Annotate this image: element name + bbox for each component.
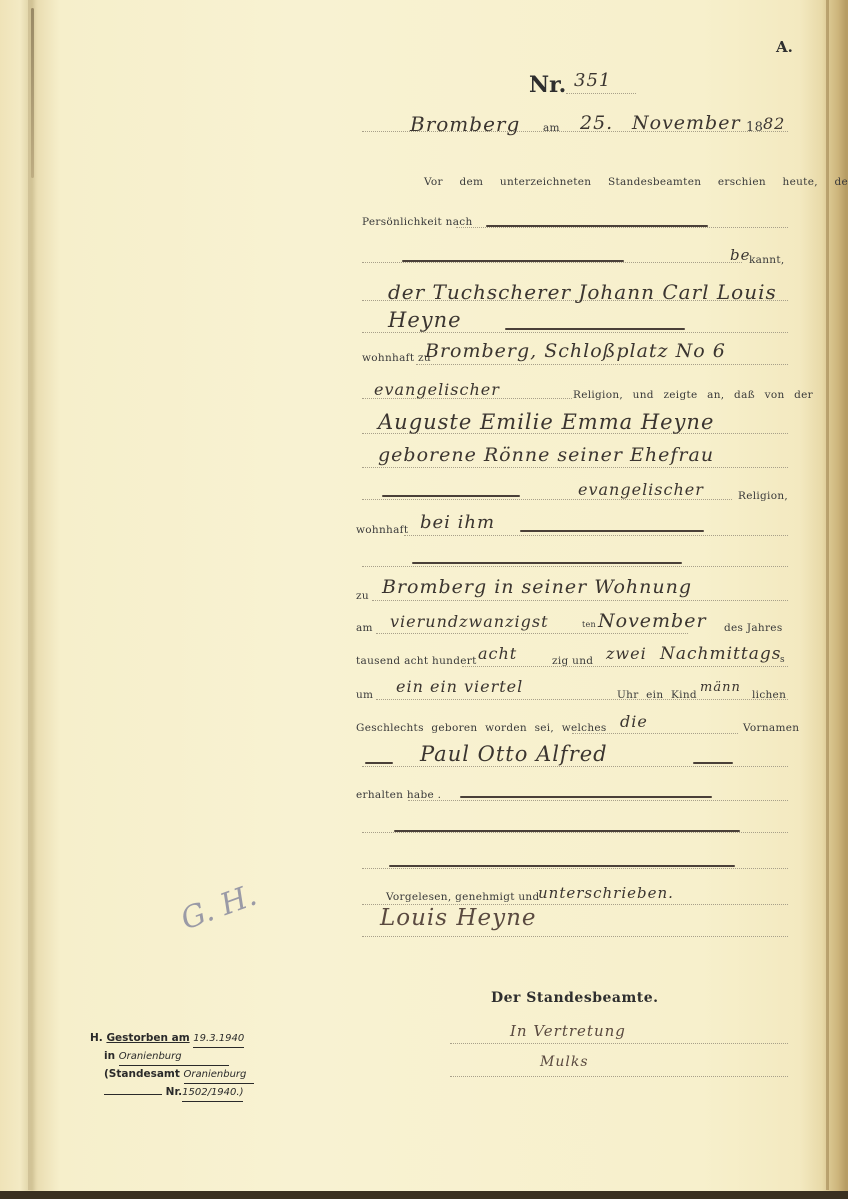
child-sex: männ <box>700 680 741 695</box>
year-prefix: 18 <box>746 120 763 135</box>
scan-bottom-edge <box>0 1191 848 1199</box>
mother-residence-label: wohnhaft <box>356 524 408 536</box>
stamp-in-label: in <box>104 1050 115 1062</box>
identity-suffix-hand: be <box>730 246 750 264</box>
birth-day-suffix: ten <box>582 620 596 629</box>
birth-year-label: des Jahres <box>724 622 783 634</box>
record-number: 351 <box>574 70 611 91</box>
birth-hour: ein ein viertel <box>396 677 523 696</box>
birth-day-label: am <box>356 622 373 634</box>
vorgelesen-label: Vorgelesen, genehmigt und <box>386 891 540 903</box>
registration-day: 25. <box>580 112 613 134</box>
geschlechts-label: Geschlechts geboren worden sei, welches <box>356 722 607 734</box>
vorgelesen-value: unterschrieben. <box>538 884 674 902</box>
birth-month: November <box>598 610 707 632</box>
zig-und-label: zig und <box>552 655 593 667</box>
year-words-label: tausend acht hundert <box>356 655 477 667</box>
stamp-nr-label: Nr. <box>166 1086 182 1098</box>
number-label: Nr. <box>529 72 566 98</box>
section-letter: A. <box>776 38 793 56</box>
death-annotation-stamp: H. Gestorben am 19.3.1940 in Oranienburg… <box>90 1030 280 1102</box>
registrar-title: Der Standesbeamte. <box>491 990 659 1006</box>
registration-year-suffix: 82 <box>763 114 785 133</box>
child-given-names: Paul Otto Alfred <box>420 742 608 766</box>
declarant-signature: Louis Heyne <box>380 905 537 931</box>
year-units: zwei <box>606 644 647 663</box>
year-tens: acht <box>478 644 517 663</box>
declarant-religion: evangelischer <box>374 380 500 399</box>
mother-name: Auguste Emilie Emma Heyne <box>378 410 714 434</box>
time-of-day: Nachmittags <box>660 644 781 664</box>
mother-religion: evangelischer <box>578 480 704 499</box>
registration-month: November <box>632 112 741 134</box>
stamp-died-date: 19.3.1940 <box>193 1030 244 1048</box>
birthplace-value: Bromberg in seiner Wohnung <box>382 576 692 598</box>
declarant-surname: Heyne <box>388 308 462 332</box>
registration-place: Bromberg <box>410 112 520 136</box>
um-label: um <box>356 689 373 701</box>
register-page: A. Nr. 351 Bromberg am 25. November 18 8… <box>0 0 848 1199</box>
stamp-died-label: Gestorben am <box>106 1032 189 1044</box>
stamp-nr-value: 1502/1940.) <box>182 1084 243 1102</box>
margin-pencil-note: G. H. <box>176 878 261 937</box>
mother-religion-label: Religion, <box>738 490 788 502</box>
binding-thread <box>31 8 34 178</box>
stamp-in-value: Oranienburg <box>119 1048 229 1066</box>
religion-label: Religion, und zeigte an, daß von der <box>573 389 813 401</box>
mother-birth-name: geborene Rönne seiner Ehefrau <box>378 444 714 466</box>
identity-suffix: kannt, <box>749 254 785 266</box>
stamp-office-label: (Standesamt <box>104 1068 180 1080</box>
declarant-name-line1: der Tuchscherer Johann Carl Louis <box>388 280 777 304</box>
residence-value: Bromberg, Schloßplatz No 6 <box>425 340 726 362</box>
stamp-office-value: Oranienburg <box>184 1066 254 1084</box>
sex-suffix: lichen <box>752 689 786 701</box>
residence-label: wohnhaft zu <box>362 352 431 364</box>
uhr-label: Uhr ein Kind <box>617 689 697 701</box>
registrar-signature: Mulks <box>540 1054 589 1070</box>
registrar-line1: In Vertretung <box>510 1022 626 1040</box>
stamp-prefix: H. <box>90 1032 103 1044</box>
time-of-day-suffix: s <box>780 655 785 665</box>
intro-text: Vor dem unterzeichneten Standesbeamten e… <box>424 176 848 188</box>
vornamen-label: Vornamen <box>743 722 799 734</box>
birthplace-label: zu <box>356 590 369 602</box>
stamp-blank <box>104 1094 162 1095</box>
mother-residence: bei ihm <box>420 512 495 533</box>
birth-day-value: vierundzwanzigst <box>390 612 549 631</box>
am-label: am <box>543 122 560 134</box>
article-value: die <box>620 712 648 731</box>
binding-fold <box>28 0 38 1190</box>
